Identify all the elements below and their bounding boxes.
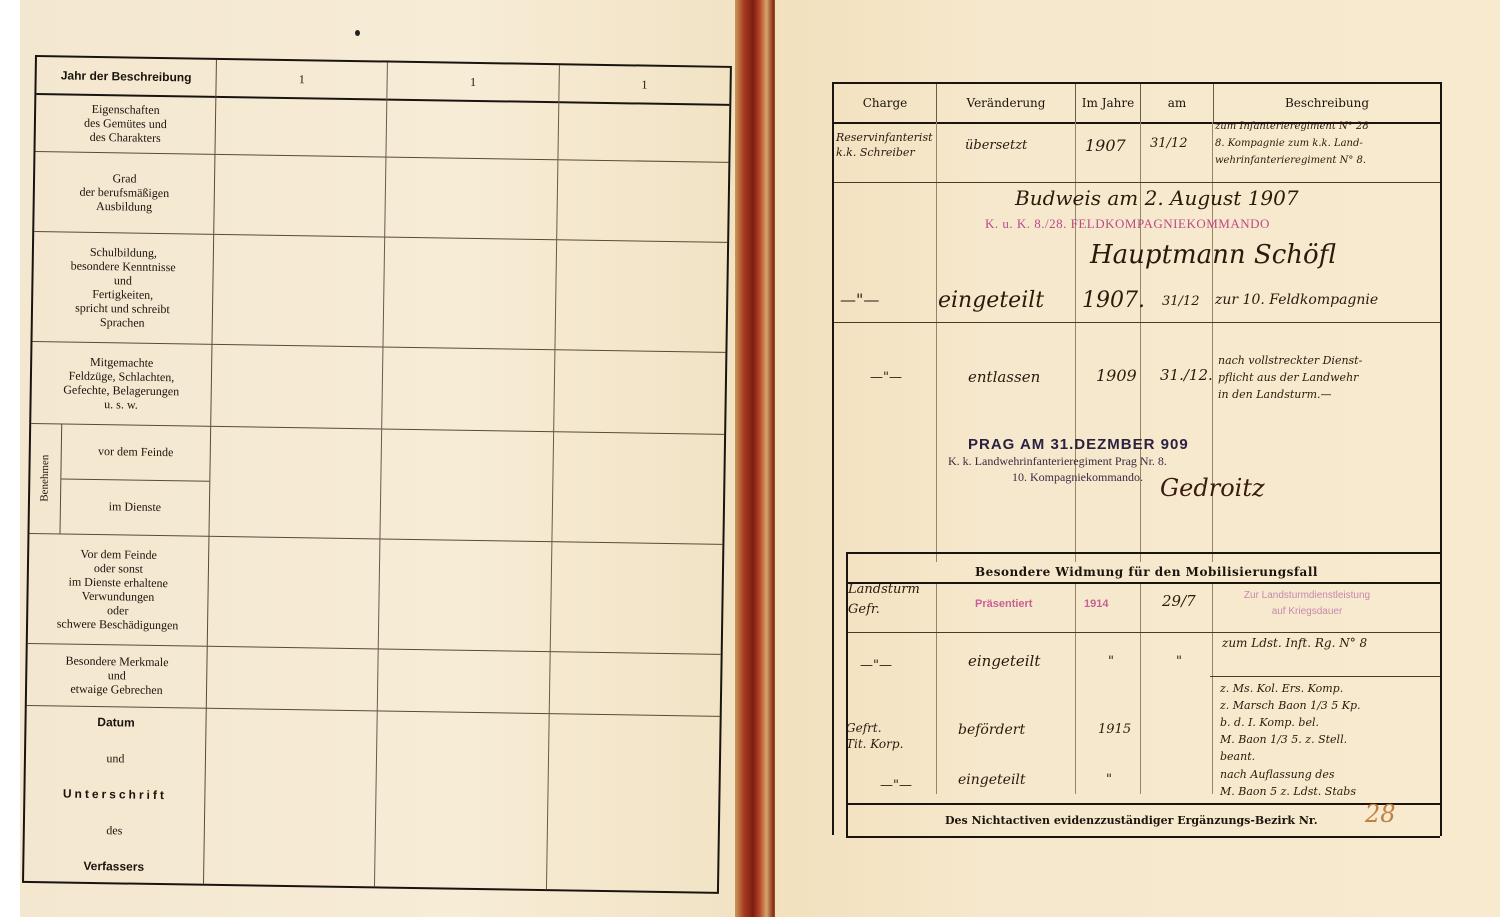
mob-entry-3-description: z. Ms. Kol. Ers. Komp. z. Marsch Baon 1/…: [1220, 680, 1361, 765]
signature-label: Datum und Unterschrift des Verfassers: [61, 695, 168, 895]
mob-entry-1-year: 1914: [1084, 598, 1108, 610]
table-row: Mitgemachte Feldzüge, Schlachten, Gefech…: [31, 341, 725, 435]
column-year: Im Jahre: [1076, 84, 1141, 122]
stamp-1909-date: PRAG AM 31.DEZMBER 909: [968, 436, 1189, 453]
year-column-3: 1: [559, 65, 730, 104]
row-label-training: Grad der berufsmäßigen Ausbildung: [34, 151, 215, 234]
stamp-1909-company: 10. Kompagniekommando.: [1012, 470, 1143, 485]
row-label-character: Eigenschaften des Gemütes und des Charak…: [35, 93, 216, 154]
mob-entry-2-change: eingeteilt: [968, 652, 1040, 670]
mob-entry-4-charge: —"—: [880, 778, 912, 793]
entry-2-charge: —"—: [840, 290, 879, 309]
entry-3-year: 1909: [1096, 366, 1137, 385]
table-row: Grad der berufsmäßigen Ausbildung: [34, 151, 728, 243]
entry-2-change: eingeteilt: [938, 288, 1044, 313]
conduct-in-service: im Dienste: [60, 479, 209, 536]
entry-2-date: 31/12: [1162, 294, 1199, 309]
column-date: am: [1141, 84, 1214, 122]
mob-entry-2-charge: —"—: [860, 658, 892, 673]
stamp-1907: K. u. K. 8./28. FELDKOMPAGNIEKOMMANDO: [985, 216, 1270, 232]
mob-entry-3-year: 1915: [1098, 722, 1131, 737]
mob-entry-4-description: nach Auflassung des M. Baon 5 z. Ldst. S…: [1220, 766, 1356, 800]
mob-entry-1-description: Zur Landsturmdienstleistung auf Kriegsda…: [1222, 588, 1392, 620]
conduct-before-enemy: vor dem Feinde: [61, 423, 210, 481]
entry-1-description: zum Infanterieregiment N° 28 8. Kompagni…: [1215, 118, 1369, 169]
footer-label: Des Nichtactiven evidenzzuständiger Ergä…: [945, 814, 1318, 827]
table-row: Schulbildung, besondere Kenntnisse und F…: [32, 231, 727, 353]
entry-3-date: 31./12.: [1160, 366, 1213, 384]
signature-1907: Hauptmann Schöfl: [1090, 240, 1336, 270]
mob-entry-1-date: 29/7: [1162, 592, 1196, 610]
stamp-1909-regiment: K. k. Landwehrinfanterieregiment Prag Nr…: [948, 454, 1167, 469]
signature-1909: Gedroitz: [1160, 474, 1265, 502]
row-label-campaigns: Mitgemachte Feldzüge, Schlachten, Gefech…: [31, 341, 212, 426]
mob-entry-2-year: ": [1108, 654, 1114, 669]
table-row-conduct: Benehmen vor dem Feinde im Dienste: [29, 423, 724, 545]
table-row: Vor dem Feinde oder sonst im Dienste erh…: [28, 533, 723, 655]
footer-district-number: 28: [1365, 800, 1396, 828]
mob-entry-3-change: befördert: [958, 722, 1025, 738]
entry-1-charge: Reservinfanterist k.k. Schreiber: [836, 130, 933, 160]
mob-entry-3-charge: Gefrt. Tit. Korp.: [846, 720, 903, 752]
column-charge: Charge: [834, 84, 937, 122]
row-label-education: Schulbildung, besondere Kenntnisse und F…: [33, 231, 215, 344]
row-label-wounds: Vor dem Feinde oder sonst im Dienste erh…: [28, 533, 210, 646]
description-table: Jahr der Beschreibung 1 1 1 Eigenschafte…: [22, 55, 732, 894]
column-change: Veränderung: [937, 84, 1076, 122]
entry-2-year: 1907.: [1082, 288, 1145, 313]
entry-2-description: zur 10. Feldkompagnie: [1215, 292, 1378, 308]
header-label: Jahr der Beschreibung: [36, 57, 217, 96]
mob-entry-2-date: ": [1176, 654, 1182, 669]
conduct-group-label: Benehmen: [39, 455, 52, 502]
entry-3-change: entlassen: [968, 368, 1040, 386]
year-column-1: 1: [216, 60, 388, 99]
column-description: Beschreibung: [1214, 84, 1440, 122]
mob-entry-1-charge: Landsturm Gefr.: [848, 580, 920, 620]
mob-entry-4-year: ": [1106, 772, 1112, 787]
mob-entry-2-description: zum Ldst. Inft. Rg. N° 8: [1222, 636, 1367, 650]
entry-3-description: nach vollstreckter Dienst- pflicht aus d…: [1218, 352, 1362, 403]
book-spine: [735, 0, 780, 917]
entry-1-date: 31/12: [1150, 136, 1187, 151]
place-date-1907: Budweis am 2. August 1907: [1015, 186, 1299, 210]
year-column-2: 1: [388, 63, 560, 102]
mob-entry-1-change: Präsentiert: [975, 598, 1032, 610]
mob-entry-4-change: eingeteilt: [958, 772, 1026, 788]
entry-3-charge: —"—: [870, 370, 902, 385]
entry-1-change: übersetzt: [965, 138, 1027, 153]
ink-dot: [355, 30, 360, 36]
mobilization-title: Besondere Widmung für den Mobilisierungs…: [975, 565, 1318, 579]
table-row-signature: Datum und Unterschrift des Verfassers: [24, 705, 720, 892]
entry-1-year: 1907: [1085, 136, 1126, 155]
